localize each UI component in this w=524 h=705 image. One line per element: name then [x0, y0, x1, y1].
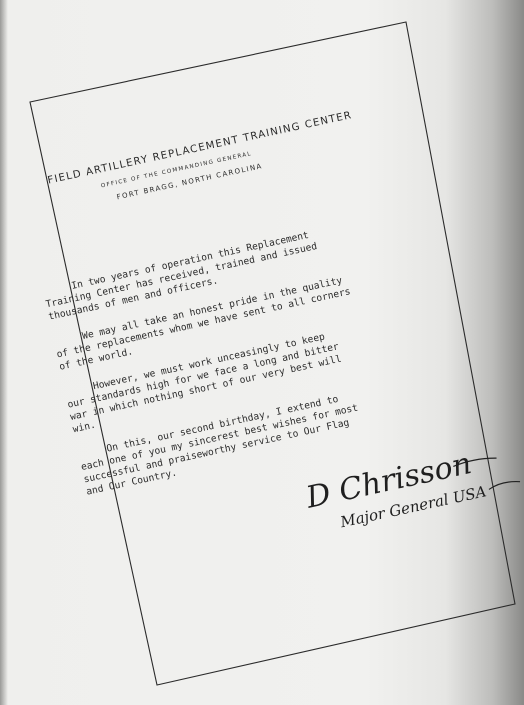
paragraph-4-line: each one of you my sincerest best wishes… [80, 403, 359, 474]
letter-body: In two years of operation this Replaceme… [42, 224, 381, 498]
scanned-page: FIELD ARTILLERY REPLACEMENT TRAINING CEN… [0, 0, 524, 705]
signature-block: D Chrisson Major General USA [302, 437, 522, 538]
letterhead: FIELD ARTILLERY REPLACEMENT TRAINING CEN… [47, 110, 360, 215]
letter-sheet: FIELD ARTILLERY REPLACEMENT TRAINING CEN… [0, 0, 524, 705]
